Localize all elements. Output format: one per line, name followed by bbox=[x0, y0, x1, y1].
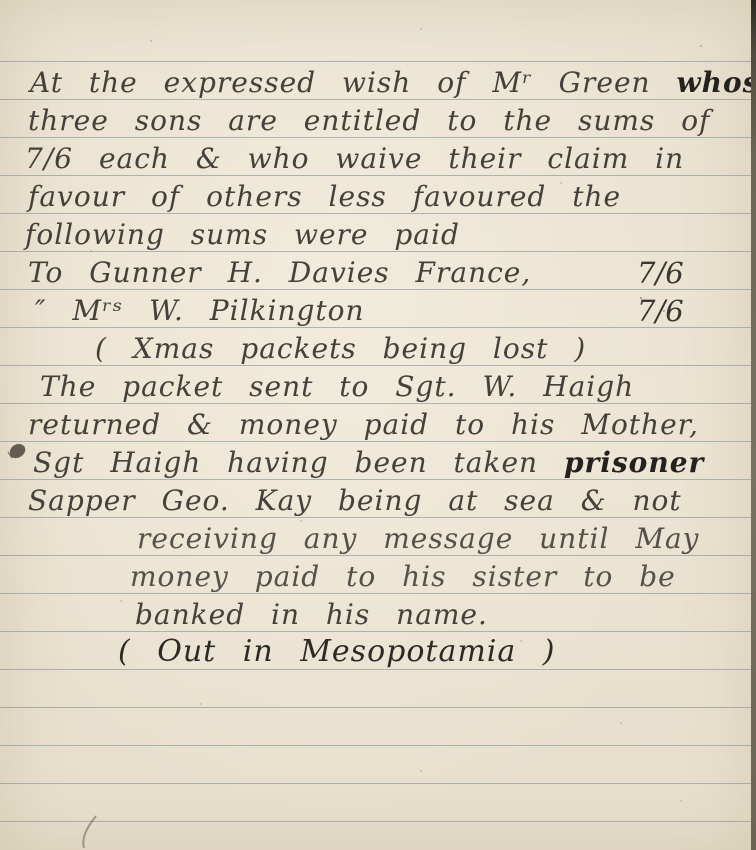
page-edge-shadow bbox=[751, 0, 756, 850]
manuscript-text-emphasis: whose bbox=[676, 66, 756, 99]
manuscript-line: following sums were paid bbox=[0, 219, 748, 251]
manuscript-line: Sapper Geo. Kay being at sea & not bbox=[0, 485, 748, 517]
manuscript-text: At the expressed wish of Mʳ Green bbox=[30, 66, 676, 99]
manuscript-text: banked in his name. bbox=[135, 598, 488, 631]
manuscript-line: banked in his name. bbox=[0, 599, 748, 631]
manuscript-text: The packet sent to Sgt. W. Haigh bbox=[40, 370, 634, 403]
manuscript-text: Sgt Haigh having been taken bbox=[33, 446, 564, 479]
manuscript-text: 7/6 each & who waive their claim in bbox=[25, 142, 684, 175]
paper-specks bbox=[0, 0, 2, 2]
manuscript-text: following sums were paid bbox=[25, 218, 460, 251]
amount-value: 7/6 bbox=[637, 295, 684, 327]
manuscript-line: At the expressed wish of Mʳ Green whose bbox=[0, 67, 748, 99]
manuscript-text: Sapper Geo. Kay being at sea & not bbox=[28, 484, 682, 517]
manuscript-line: money paid to his sister to be bbox=[0, 561, 748, 593]
manuscript-line: three sons are entitled to the sums of bbox=[0, 105, 748, 137]
manuscript-line: receiving any message until May bbox=[0, 523, 748, 555]
manuscript-line-entry: To Gunner H. Davies France,7/6 bbox=[0, 257, 748, 289]
notebook-page: At the expressed wish of Mʳ Green whose … bbox=[0, 0, 756, 850]
stray-pen-stroke bbox=[83, 816, 96, 848]
manuscript-line: ( Out in Mesopotamia ) bbox=[0, 635, 748, 669]
manuscript-text: money paid to his sister to be bbox=[130, 560, 676, 593]
manuscript-line-entry: ″ Mʳˢ W. Pilkington7/6 bbox=[0, 295, 748, 327]
manuscript-text: ( Out in Mesopotamia ) bbox=[118, 634, 556, 669]
manuscript-text: To Gunner H. Davies France, bbox=[28, 256, 531, 289]
ruled-lines bbox=[0, 61, 756, 822]
amount-value: 7/6 bbox=[637, 257, 684, 289]
manuscript-line: ( Xmas packets being lost ) bbox=[0, 333, 748, 365]
manuscript-line: favour of others less favoured the bbox=[0, 181, 748, 213]
manuscript-text: favour of others less favoured the bbox=[28, 180, 621, 213]
manuscript-text: receiving any message until May bbox=[137, 522, 700, 555]
manuscript-text-emphasis: prisoner bbox=[564, 446, 704, 479]
manuscript-line: The packet sent to Sgt. W. Haigh bbox=[0, 371, 748, 403]
manuscript-text: three sons are entitled to the sums of bbox=[28, 104, 710, 137]
manuscript-line: returned & money paid to his Mother, bbox=[0, 409, 748, 441]
manuscript-line: Sgt Haigh having been taken prisoner bbox=[0, 447, 748, 479]
manuscript-text: returned & money paid to his Mother, bbox=[28, 408, 699, 441]
manuscript-text: ″ Mʳˢ W. Pilkington bbox=[35, 294, 365, 327]
manuscript-line: 7/6 each & who waive their claim in bbox=[0, 143, 748, 175]
manuscript-text: ( Xmas packets being lost ) bbox=[95, 332, 586, 365]
